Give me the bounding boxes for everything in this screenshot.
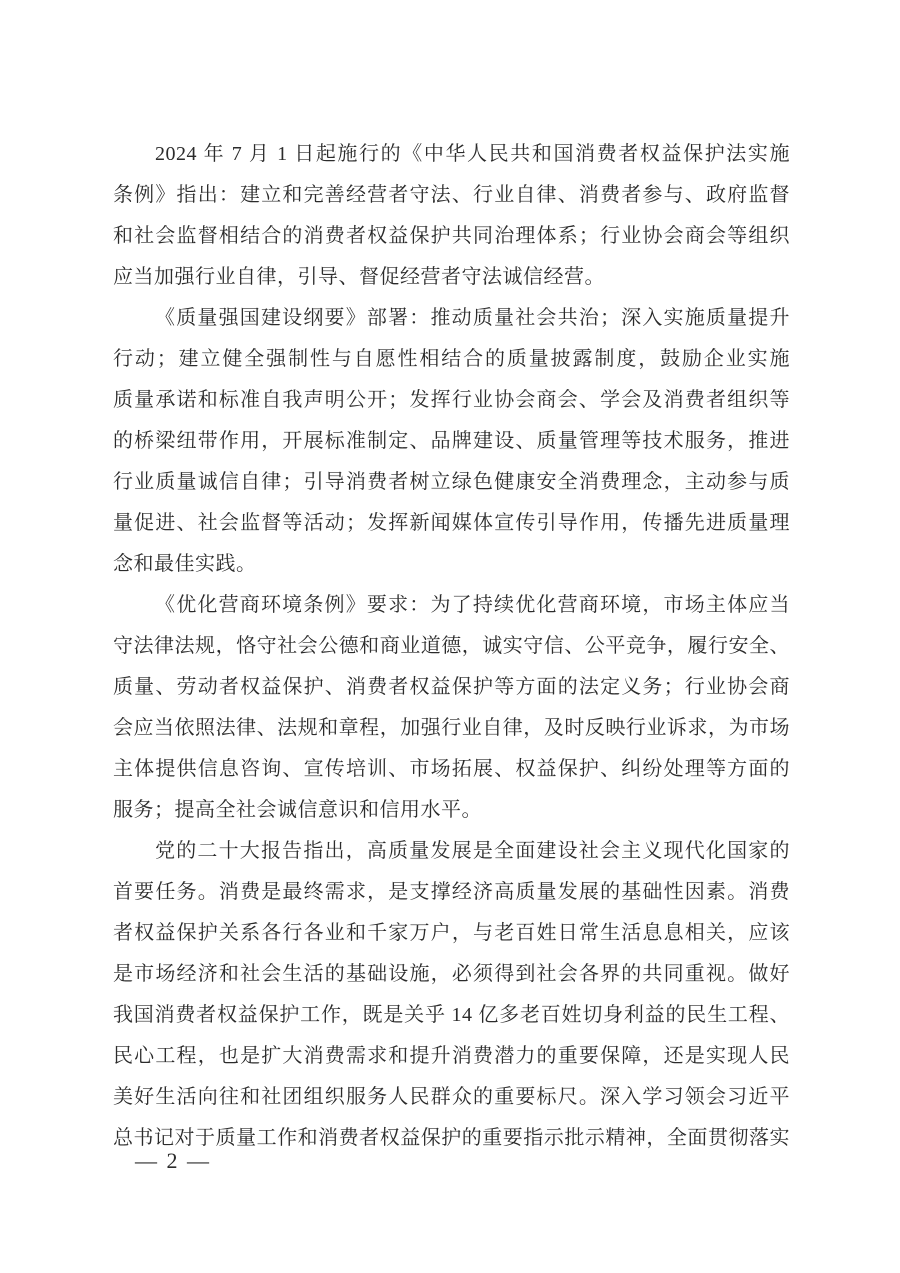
text-line: 美好生活向往和社团组织服务人民群众的重要标尺。深入学习领会习近平: [113, 1077, 790, 1118]
text-line: 的桥梁纽带作用，开展标准制定、品牌建设、质量管理等技术服务，推进: [113, 421, 790, 462]
text-line: 2024 年 7 月 1 日起施行的《中华人民共和国消费者权益保护法实施: [113, 134, 790, 175]
text-line: 者权益保护关系各行各业和千家万户，与老百姓日常生活息息相关，应该: [113, 913, 790, 954]
paragraph-1: 2024 年 7 月 1 日起施行的《中华人民共和国消费者权益保护法实施 条例》…: [113, 134, 790, 298]
text-line: 《优化营商环境条例》要求：为了持续优化营商环境，市场主体应当遵: [113, 585, 790, 626]
text-line: 党的二十大报告指出，高质量发展是全面建设社会主义现代化国家的: [113, 831, 790, 872]
text-line: 质量、劳动者权益保护、消费者权益保护等方面的法定义务；行业协会商: [113, 667, 790, 708]
text-line: 条例》指出：建立和完善经营者守法、行业自律、消费者参与、政府监督: [113, 175, 790, 216]
text-line: 应当加强行业自律，引导、督促经营者守法诚信经营。: [113, 257, 790, 298]
text-line: 质量承诺和标准自我声明公开；发挥行业协会商会、学会及消费者组织等: [113, 380, 790, 421]
text-line: 守法律法规，恪守社会公德和商业道德，诚实守信、公平竞争，履行安全、: [113, 626, 790, 667]
paragraph-2: 《质量强国建设纲要》部署：推动质量社会共治；深入实施质量提升 行动；建立健全强制…: [113, 298, 790, 585]
text-line: 量促进、社会监督等活动；发挥新闻媒体宣传引导作用，传播先进质量理: [113, 503, 790, 544]
paragraph-3: 《优化营商环境条例》要求：为了持续优化营商环境，市场主体应当遵 守法律法规，恪守…: [113, 585, 790, 831]
text-line: 念和最佳实践。: [113, 544, 790, 585]
paragraph-4: 党的二十大报告指出，高质量发展是全面建设社会主义现代化国家的 首要任务。消费是最…: [113, 831, 790, 1159]
text-line: 总书记对于质量工作和消费者权益保护的重要指示批示精神，全面贯彻落实: [113, 1118, 790, 1159]
document-page: 2024 年 7 月 1 日起施行的《中华人民共和国消费者权益保护法实施 条例》…: [0, 0, 900, 1273]
text-line: 《质量强国建设纲要》部署：推动质量社会共治；深入实施质量提升: [113, 298, 790, 339]
text-line: 会应当依照法律、法规和章程，加强行业自律，及时反映行业诉求，为市场: [113, 708, 790, 749]
text-line: 行业质量诚信自律；引导消费者树立绿色健康安全消费理念，主动参与质: [113, 462, 790, 503]
text-line: 行动；建立健全强制性与自愿性相结合的质量披露制度，鼓励企业实施: [113, 339, 790, 380]
text-line: 民心工程，也是扩大消费需求和提升消费潜力的重要保障，还是实现人民: [113, 1036, 790, 1077]
text-line: 和社会监督相结合的消费者权益保护共同治理体系；行业协会商会等组织: [113, 216, 790, 257]
text-line: 我国消费者权益保护工作，既是关乎 14 亿多老百姓切身利益的民生工程、: [113, 995, 790, 1036]
page-number: — 2 —: [135, 1146, 211, 1176]
text-line: 服务；提高全社会诚信意识和信用水平。: [113, 790, 790, 831]
text-line: 首要任务。消费是最终需求，是支撑经济高质量发展的基础性因素。消费: [113, 872, 790, 913]
text-line: 主体提供信息咨询、宣传培训、市场拓展、权益保护、纠纷处理等方面的: [113, 749, 790, 790]
document-body: 2024 年 7 月 1 日起施行的《中华人民共和国消费者权益保护法实施 条例》…: [113, 134, 790, 1159]
text-line: 是市场经济和社会生活的基础设施，必须得到社会各界的共同重视。做好: [113, 954, 790, 995]
